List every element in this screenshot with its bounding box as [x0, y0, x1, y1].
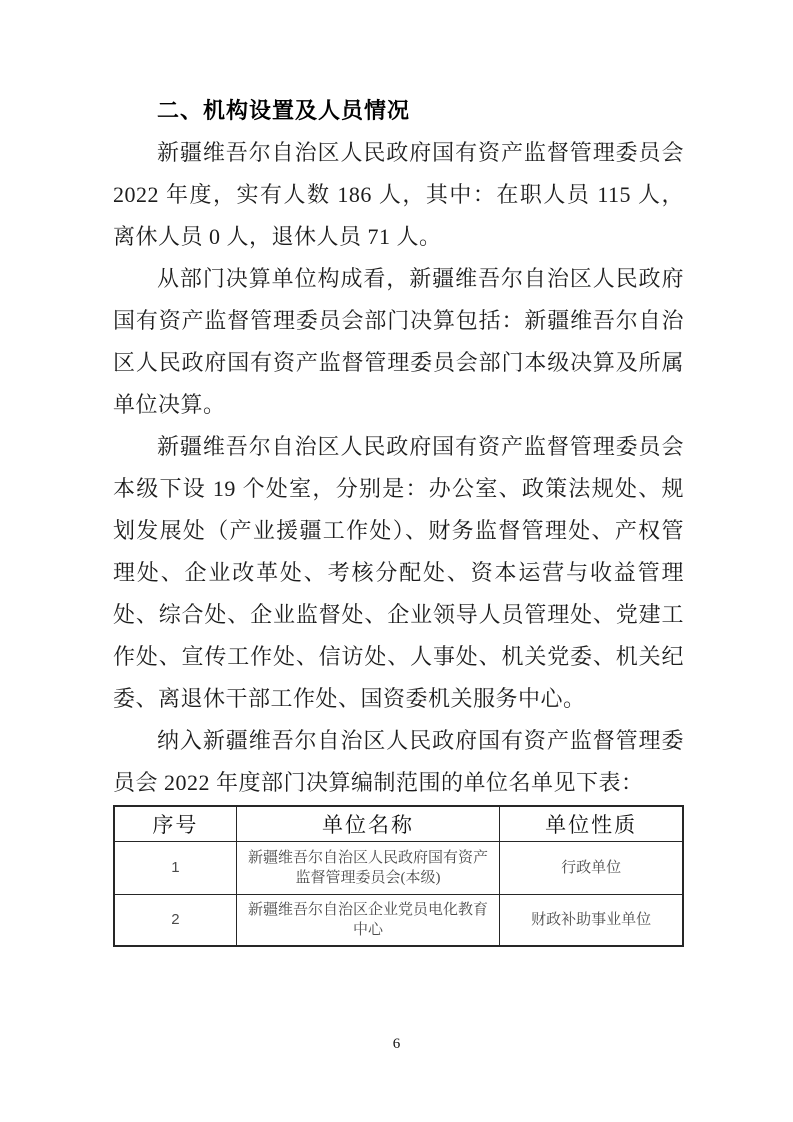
cell-seq: 1: [114, 842, 236, 895]
cell-unit-name: 新疆维吾尔自治区人民政府国有资产监督管理委员会(本级): [236, 842, 499, 895]
table-header-row: 序号 单位名称 单位性质: [114, 806, 683, 842]
cell-unit-type: 财政补助事业单位: [500, 895, 683, 947]
table-row: 1 新疆维吾尔自治区人民政府国有资产监督管理委员会(本级) 行政单位: [114, 842, 683, 895]
header-unit-name: 单位名称: [236, 806, 499, 842]
paragraph-staffing: 新疆维吾尔自治区人民政府国有资产监督管理委员会 2022 年度，实有人数 186…: [113, 132, 684, 258]
paragraph-departments-list: 新疆维吾尔自治区人民政府国有资产监督管理委员会本级下设 19 个处室，分别是：办…: [113, 426, 684, 720]
document-page: 二、机构设置及人员情况 新疆维吾尔自治区人民政府国有资产监督管理委员会 2022…: [0, 0, 793, 1122]
header-unit-type: 单位性质: [500, 806, 683, 842]
table-row: 2 新疆维吾尔自治区企业党员电化教育中心 财政补助事业单位: [114, 895, 683, 947]
paragraph-accounts-composition: 从部门决算单位构成看，新疆维吾尔自治区人民政府国有资产监督管理委员会部门决算包括…: [113, 258, 684, 426]
document-content: 二、机构设置及人员情况 新疆维吾尔自治区人民政府国有资产监督管理委员会 2022…: [113, 90, 684, 947]
section-heading: 二、机构设置及人员情况: [113, 90, 684, 132]
units-table: 序号 单位名称 单位性质 1 新疆维吾尔自治区人民政府国有资产监督管理委员会(本…: [113, 805, 684, 947]
cell-unit-type: 行政单位: [500, 842, 683, 895]
cell-unit-name: 新疆维吾尔自治区企业党员电化教育中心: [236, 895, 499, 947]
header-seq: 序号: [114, 806, 236, 842]
paragraph-table-intro: 纳入新疆维吾尔自治区人民政府国有资产监督管理委员会 2022 年度部门决算编制范…: [113, 720, 684, 804]
cell-seq: 2: [114, 895, 236, 947]
page-number: 6: [0, 1036, 793, 1053]
